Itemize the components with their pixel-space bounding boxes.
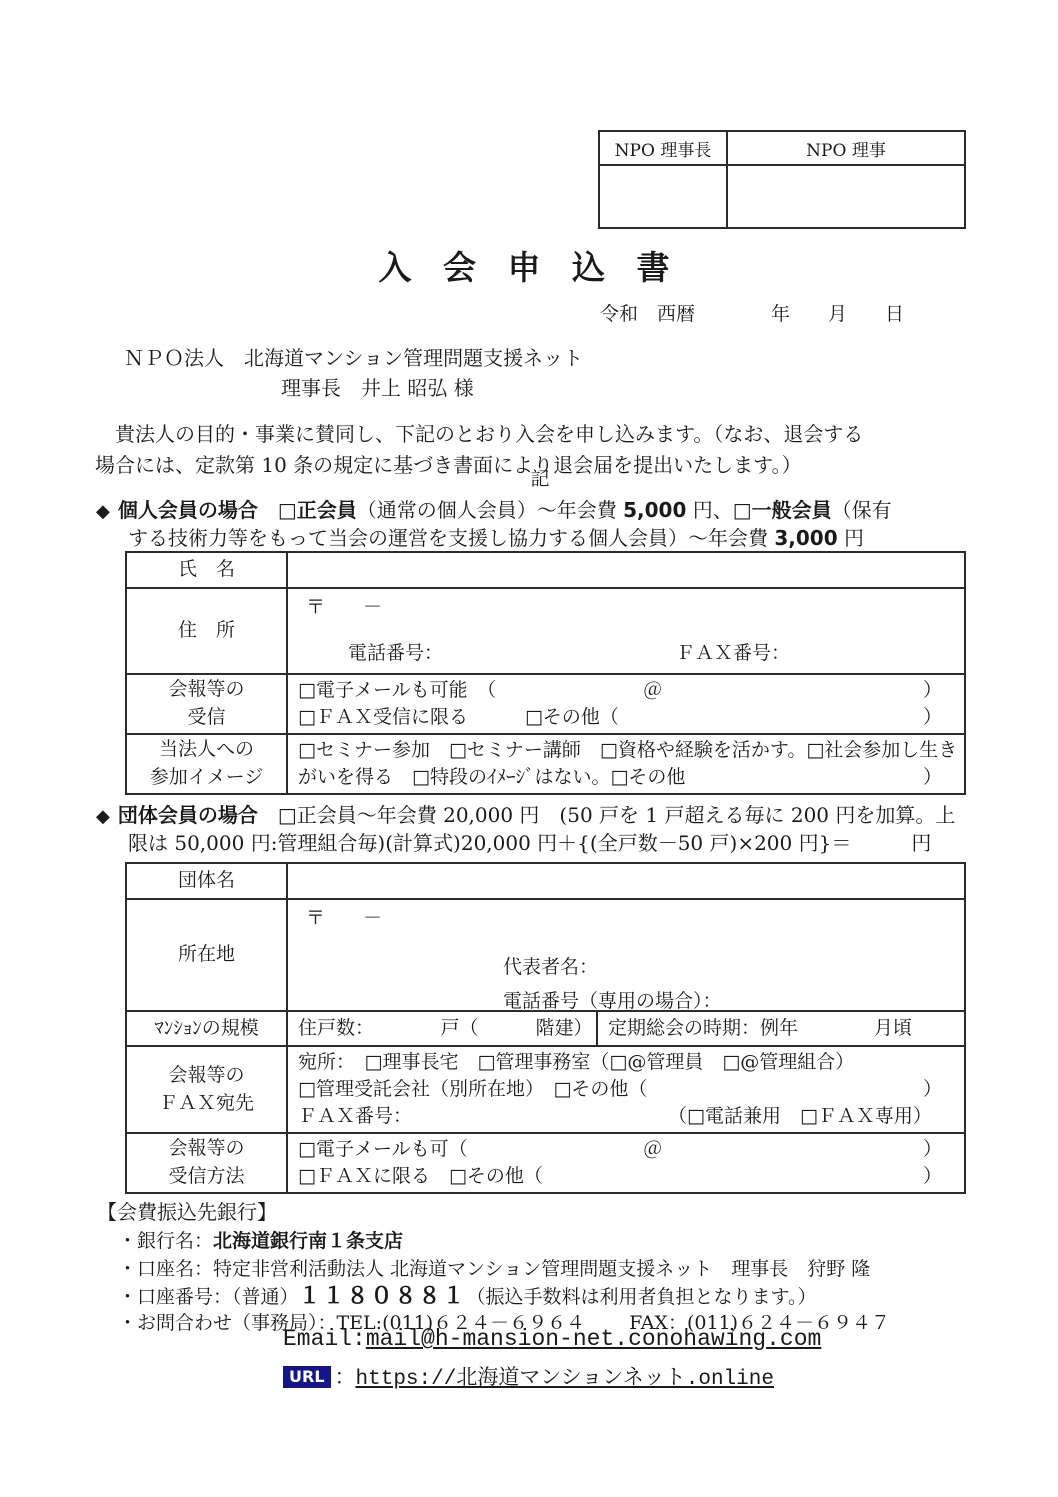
table-row: 会報等の ＦＡＸ宛先 宛所： □理事長宅 □管理事務室（□@管理員 □@管理組合… bbox=[126, 1046, 965, 1133]
at-sign: ＠ bbox=[643, 677, 662, 704]
email-link[interactable]: mail@h-mansion-net.conohawing.com bbox=[366, 1326, 821, 1352]
bank-name-value: 北海道銀行南１条支店 bbox=[213, 1230, 403, 1252]
individual-heading-bold: 個人会員の場合 bbox=[118, 498, 258, 522]
fax-only-checkbox-option: □ＦＡＸ受信に限る □その他（ bbox=[298, 706, 619, 728]
url-separator: ： bbox=[335, 1368, 356, 1391]
account-name-value: 特定非営利活動法人 北海道マンション管理問題支援ネット 理事長 狩野 隆 bbox=[213, 1258, 870, 1280]
newsletter-reception-label: 会報等の 受信 bbox=[126, 674, 287, 734]
diamond-bullet-icon: ◆ bbox=[96, 806, 110, 827]
participation-options-line1: □セミナー参加 □セミナー講師 □資格や経験を活かす。□社会参加し生き bbox=[298, 739, 957, 761]
newsletter-options-cell: □電子メールも可能 （ ＠ ） □ＦＡＸ受信に限る □その他（ ） bbox=[287, 674, 965, 734]
participation-options-cell: □セミナー参加 □セミナー講師 □資格や経験を活かす。□社会参加し生き がいを得… bbox=[287, 734, 965, 794]
organization-name-input-cell bbox=[287, 863, 965, 899]
address-input-cell: 〒 － 電話番号： ＦＡＸ番号： bbox=[287, 588, 965, 674]
name-label: 氏 名 bbox=[126, 552, 287, 588]
fax-number-field-label: ＦＡＸ番号： bbox=[298, 1105, 412, 1127]
approval-chairman-header: NPO 理事長 bbox=[599, 131, 727, 165]
email-ok-checkbox-option: □電子メールも可能 （ bbox=[298, 679, 496, 701]
reception-method-options-cell: □電子メールも可（ ＠ ） □ＦＡＸに限る □その他（ ） bbox=[287, 1133, 965, 1193]
individual-heading-text-1: （通常の個人会員）～年会費 bbox=[357, 498, 623, 522]
individual-section-heading: ◆個人会員の場合 □正会員（通常の個人会員）～年会費 5,000 円、□一般会員… bbox=[96, 494, 892, 523]
approval-chairman-stamp-cell bbox=[599, 165, 727, 228]
fax-destination-line2: □管理受託会社（別所在地） □その他（ bbox=[298, 1078, 647, 1100]
table-row: 所在地 〒 － 代表者名： 電話番号（専用の場合）： bbox=[126, 899, 965, 1011]
addressee-organization: ＮＰＯ法人 北海道マンション管理問題支援ネット bbox=[124, 342, 583, 371]
addressee-person: 理事長 井上 昭弘 様 bbox=[281, 372, 474, 401]
organization-name-label: 団体名 bbox=[126, 863, 287, 899]
account-number-label: ・口座番号：（普通） bbox=[118, 1286, 299, 1308]
group-heading-text-1: □正会員～年会費 20,000 円 (50 戸を 1 戸超える毎に 200 円を… bbox=[258, 803, 956, 827]
individual-heading-text-3: （保有 bbox=[832, 498, 892, 522]
bank-name-line: ・銀行名：北海道銀行南１条支店 bbox=[118, 1226, 403, 1253]
application-form-page: NPO 理事長 NPO 理事 入 会 申 込 書 令和 西暦 年 月 日 ＮＰＯ… bbox=[0, 0, 1058, 1497]
bank-name-label: ・銀行名： bbox=[118, 1230, 213, 1252]
participation-image-label: 当法人への 参加イメージ bbox=[126, 734, 287, 794]
email-ok-checkbox-option: □電子メールも可（ bbox=[298, 1138, 468, 1160]
at-sign: ＠ bbox=[643, 1136, 662, 1163]
reception-label-line1: 会報等の bbox=[127, 1135, 286, 1163]
close-paren: ） bbox=[923, 1076, 942, 1103]
group-heading-text-2: 限は 50,000 円:管理組合毎)(計算式)20,000 円＋{(全戸数－50… bbox=[128, 831, 931, 855]
account-name-line: ・口座名：特定非営利活動法人 北海道マンション管理問題支援ネット 理事長 狩野 … bbox=[118, 1254, 870, 1281]
table-row: 当法人への 参加イメージ □セミナー参加 □セミナー講師 □資格や経験を活かす。… bbox=[126, 734, 965, 794]
newsletter-label-line2: 受信 bbox=[127, 704, 286, 732]
group-section-heading: ◆団体会員の場合 □正会員～年会費 20,000 円 (50 戸を 1 戸超える… bbox=[96, 799, 955, 828]
individual-fee-regular: 5,000 bbox=[623, 498, 686, 522]
individual-member-table: 氏 名 住 所 〒 － 電話番号： ＦＡＸ番号： 会報等の 受信 □電子メールも… bbox=[125, 551, 966, 795]
email-line: Email:mail@h-mansion-net.conohawing.com bbox=[283, 1326, 821, 1352]
postal-code-mark: 〒 － bbox=[306, 594, 382, 621]
participation-label-line2: 参加イメージ bbox=[127, 764, 286, 792]
phone-number-label: 電話番号： bbox=[348, 640, 443, 667]
close-paren: ） bbox=[923, 1136, 942, 1163]
table-row: 会報等の 受信方法 □電子メールも可（ ＠ ） □ＦＡＸに限る □その他（ ） bbox=[126, 1133, 965, 1193]
account-number-note: （振込手数料は利用者負担となります。） bbox=[467, 1286, 817, 1308]
representative-name-label: 代表者名： bbox=[503, 954, 598, 981]
ki-marker: 記 bbox=[0, 464, 1058, 491]
account-number-value: １１８０８８１ bbox=[299, 1284, 467, 1309]
close-paren: ） bbox=[923, 677, 942, 704]
individual-heading-text-2: 円、 bbox=[686, 498, 732, 522]
individual-heading-text-5: 円 bbox=[838, 526, 864, 550]
name-input-cell bbox=[287, 552, 965, 588]
fax-number-label: ＦＡＸ番号： bbox=[676, 640, 790, 667]
table-row: ﾏﾝｼｮﾝの規模 住戸数： 戸（ 階建） 定期総会の時期：例年 月頃 bbox=[126, 1011, 965, 1046]
fax-only-checkbox-option: □ＦＡＸに限る □その他（ bbox=[298, 1165, 543, 1187]
group-heading-bold: 団体会員の場合 bbox=[118, 803, 258, 827]
fax-dest-label-line2: ＦＡＸ宛先 bbox=[127, 1090, 286, 1118]
fax-line-type-options: （□電話兼用 □ＦＡＸ専用） bbox=[668, 1103, 932, 1130]
approval-director-header: NPO 理事 bbox=[727, 131, 965, 165]
bank-section-heading: 【会費振込先銀行】 bbox=[97, 1196, 277, 1225]
general-meeting-period-field: 定期総会の時期：例年 月頃 bbox=[596, 1012, 964, 1045]
regular-member-checkbox-label: □正会員 bbox=[278, 498, 357, 522]
group-member-table: 団体名 所在地 〒 － 代表者名： 電話番号（専用の場合）： ﾏﾝｼｮﾝの規模 … bbox=[125, 862, 966, 1194]
address-label: 住 所 bbox=[126, 588, 287, 674]
email-label: Email: bbox=[283, 1326, 366, 1352]
close-paren: ） bbox=[923, 704, 942, 731]
location-input-cell: 〒 － 代表者名： 電話番号（専用の場合）： bbox=[287, 899, 965, 1011]
approval-director-stamp-cell bbox=[727, 165, 965, 228]
mansion-scale-label: ﾏﾝｼｮﾝの規模 bbox=[126, 1011, 287, 1046]
date-line: 令和 西暦 年 月 日 bbox=[600, 299, 904, 326]
table-row: 団体名 bbox=[126, 863, 965, 899]
individual-fee-general: 3,000 bbox=[774, 526, 837, 550]
table-row: 会報等の 受信 □電子メールも可能 （ ＠ ） □ＦＡＸ受信に限る □その他（ … bbox=[126, 674, 965, 734]
postal-code-mark: 〒 － bbox=[306, 905, 382, 932]
heading-space bbox=[258, 498, 278, 522]
general-member-checkbox-label: □一般会員 bbox=[733, 498, 832, 522]
individual-heading-text-4: する技術力等をもって当会の運営を支援し協力する個人会員）～年会費 bbox=[128, 526, 774, 550]
diamond-bullet-icon: ◆ bbox=[96, 501, 110, 522]
close-paren: ） bbox=[923, 764, 942, 791]
table-row: 氏 名 bbox=[126, 552, 965, 588]
account-number-line: ・口座番号：（普通）１１８０８８１（振込手数料は利用者負担となります。） bbox=[118, 1279, 817, 1310]
group-section-heading-line2: 限は 50,000 円:管理組合毎)(計算式)20,000 円＋{(全戸数－50… bbox=[128, 827, 931, 856]
intro-line-1: 貴法人の目的・事業に賛同し、下記のとおり入会を申し込みます。（なお、退会する bbox=[95, 419, 967, 450]
url-line: URL：https://北海道マンションネット.online bbox=[283, 1361, 774, 1391]
url-link[interactable]: https://北海道マンションネット.online bbox=[356, 1368, 774, 1391]
location-label: 所在地 bbox=[126, 899, 287, 1011]
newsletter-fax-destination-label: 会報等の ＦＡＸ宛先 bbox=[126, 1046, 287, 1133]
close-paren: ） bbox=[923, 1163, 942, 1190]
table-row: 住 所 〒 － 電話番号： ＦＡＸ番号： bbox=[126, 588, 965, 674]
newsletter-label-line1: 会報等の bbox=[127, 676, 286, 704]
unit-count-field: 住戸数： 戸（ 階建） bbox=[288, 1015, 596, 1042]
fax-dest-label-line1: 会報等の bbox=[127, 1062, 286, 1090]
mansion-scale-cell: 住戸数： 戸（ 階建） 定期総会の時期：例年 月頃 bbox=[287, 1011, 965, 1046]
approval-stamp-table: NPO 理事長 NPO 理事 bbox=[598, 130, 966, 229]
newsletter-reception-method-label: 会報等の 受信方法 bbox=[126, 1133, 287, 1193]
fax-destination-options-cell: 宛所： □理事長宅 □管理事務室（□@管理員 □@管理組合） □管理受託会社（別… bbox=[287, 1046, 965, 1133]
participation-label-line1: 当法人への bbox=[127, 736, 286, 764]
url-badge: URL bbox=[283, 1366, 331, 1388]
reception-label-line2: 受信方法 bbox=[127, 1163, 286, 1191]
participation-options-line2: がいを得る □特段のｲﾒｰｼﾞはない。□その他 bbox=[298, 766, 685, 788]
account-name-label: ・口座名： bbox=[118, 1258, 213, 1280]
page-title: 入 会 申 込 書 bbox=[0, 242, 1058, 289]
fax-destination-line1: 宛所： □理事長宅 □管理事務室（□@管理員 □@管理組合） bbox=[298, 1051, 854, 1073]
individual-section-heading-line2: する技術力等をもって当会の運営を支援し協力する個人会員）～年会費 3,000 円 bbox=[128, 522, 864, 551]
